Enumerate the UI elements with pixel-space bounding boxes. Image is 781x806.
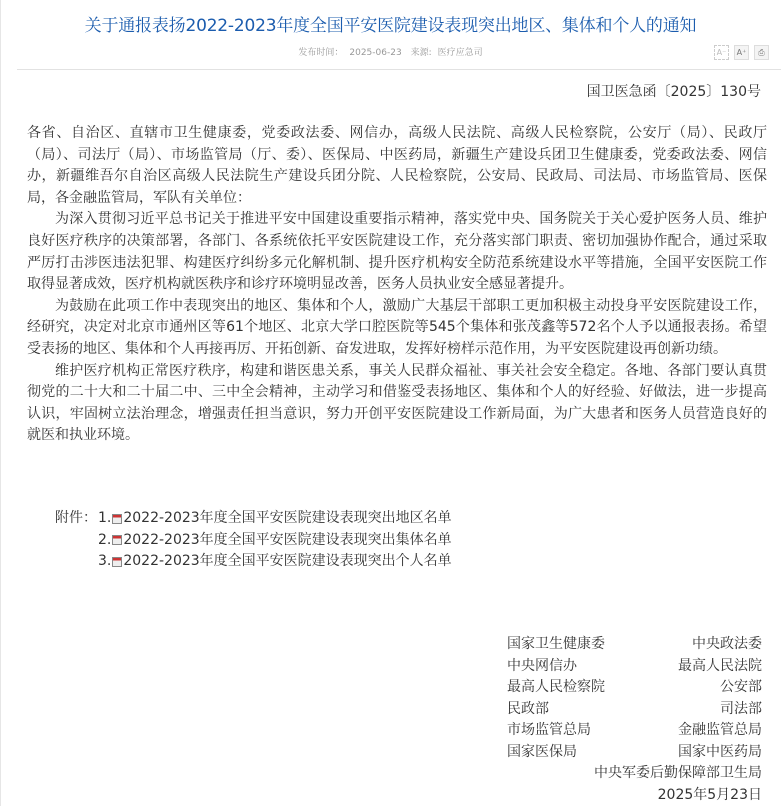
attachment-row: 3. 2022-2023年度全国平安医院建设表现突出个人名单 xyxy=(55,551,452,573)
signatory: 国家医保局 xyxy=(507,742,577,764)
signatory: 最高人民检察院 xyxy=(507,677,605,699)
signatory: 中央政法委 xyxy=(692,634,762,656)
signatory-row: 国家医保局国家中医药局 xyxy=(507,742,762,764)
print-button[interactable]: ⎙ xyxy=(754,45,769,60)
signatory-row: 中央网信办最高人民法院 xyxy=(507,656,762,678)
signatory-row: 市场监管总局金融监管总局 xyxy=(507,720,762,742)
article-meta: 发布时间：2025-06-23 来源:医疗应急司 xyxy=(0,45,781,58)
attachment-link-individuals[interactable]: 2022-2023年度全国平安医院建设表现突出个人名单 xyxy=(111,551,451,573)
signatory-row: 最高人民检察院公安部 xyxy=(507,677,762,699)
header-divider xyxy=(17,69,781,70)
attachment-number: 2. xyxy=(98,530,111,552)
addressee-paragraph: 各省、自治区、直辖市卫生健康委，党委政法委、网信办，高级人民法院、高级人民检察院… xyxy=(27,123,767,209)
left-border xyxy=(0,0,1,806)
attachment-row: 2. 2022-2023年度全国平安医院建设表现突出集体名单 xyxy=(55,530,452,552)
attachment-number: 1. xyxy=(98,508,111,530)
document-body: 各省、自治区、直辖市卫生健康委，党委政法委、网信办，高级人民法院、高级人民检察院… xyxy=(27,123,767,447)
signatory-row: 民政部司法部 xyxy=(507,699,762,721)
attachment-title: 2022-2023年度全国平安医院建设表现突出集体名单 xyxy=(123,530,451,552)
font-decrease-icon: A⁻ xyxy=(717,48,727,57)
document-date: 2025年5月23日 xyxy=(507,785,762,806)
signatories: 国家卫生健康委中央政法委 中央网信办最高人民法院 最高人民检察院公安部 民政部司… xyxy=(507,634,762,806)
source-value: 医疗应急司 xyxy=(438,48,483,58)
font-increase-icon: A⁺ xyxy=(737,48,747,57)
attachment-number: 3. xyxy=(98,551,111,573)
document-number: 国卫医急函〔2025〕130号 xyxy=(587,81,761,101)
signatory: 公安部 xyxy=(720,677,762,699)
body-paragraph: 维护医疗机构正常医疗秩序，构建和谐医患关系，事关人民群众福祉、事关社会安全稳定。… xyxy=(27,361,767,447)
attachment-title: 2022-2023年度全国平安医院建设表现突出地区名单 xyxy=(123,508,451,530)
font-decrease-button[interactable]: A⁻ xyxy=(714,45,729,60)
publish-date: 2025-06-23 xyxy=(349,48,401,58)
attachments-label: 附件： xyxy=(55,508,98,530)
print-icon: ⎙ xyxy=(758,48,764,58)
attachment-row: 附件： 1. 2022-2023年度全国平安医院建设表现突出地区名单 xyxy=(55,508,452,530)
file-icon xyxy=(112,514,122,524)
attachments: 附件： 1. 2022-2023年度全国平安医院建设表现突出地区名单 2. 20… xyxy=(55,508,452,573)
signatory: 国家中医药局 xyxy=(678,742,762,764)
signatory-row: 国家卫生健康委中央政法委 xyxy=(507,634,762,656)
font-increase-button[interactable]: A⁺ xyxy=(734,45,749,60)
attachment-title: 2022-2023年度全国平安医院建设表现突出个人名单 xyxy=(123,551,451,573)
attachment-link-regions[interactable]: 2022-2023年度全国平安医院建设表现突出地区名单 xyxy=(111,508,451,530)
signatory: 司法部 xyxy=(720,699,762,721)
page-title: 关于通报表扬2022-2023年度全国平安医院建设表现突出地区、集体和个人的通知 xyxy=(0,11,781,36)
publish-label: 发布时间： xyxy=(298,48,343,58)
body-paragraph: 为鼓励在此项工作中表现突出的地区、集体和个人，激励广大基层干部职工更加积极主动投… xyxy=(27,296,767,361)
signatory: 金融监管总局 xyxy=(678,720,762,742)
signatory: 民政部 xyxy=(507,699,549,721)
body-paragraph: 为深入贯彻习近平总书记关于推进平安中国建设重要指示精神，落实党中央、国务院关于关… xyxy=(27,209,767,295)
article-tools: A⁻ A⁺ ⎙ xyxy=(714,45,769,60)
file-icon xyxy=(112,535,122,545)
file-icon xyxy=(112,557,122,567)
signatory: 国家卫生健康委 xyxy=(507,634,605,656)
signatory: 市场监管总局 xyxy=(507,720,591,742)
attachment-link-collectives[interactable]: 2022-2023年度全国平安医院建设表现突出集体名单 xyxy=(111,530,451,552)
signatory: 最高人民法院 xyxy=(678,656,762,678)
signatory-last: 中央军委后勤保障部卫生局 xyxy=(507,763,762,785)
signatory: 中央网信办 xyxy=(507,656,577,678)
source-label: 来源: xyxy=(411,48,432,58)
